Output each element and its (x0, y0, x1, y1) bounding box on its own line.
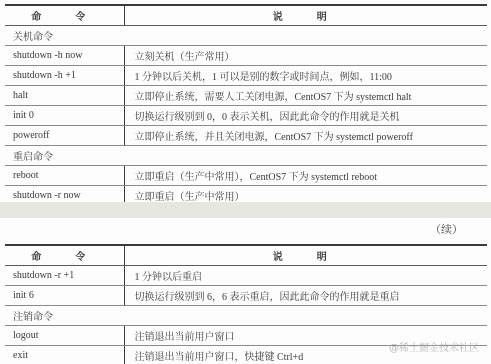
table-row: poweroff 立即停止系统，并且关闭电源，CentOS7 下为 system… (5, 126, 487, 146)
description-cell: 立刻关机（生产常用） (124, 46, 487, 66)
page-section-2: （续） 命 令 说 明 shutdown -r +1 1 分钟以后重启 init… (0, 218, 491, 364)
commands-table-1: 命 令 说 明 关机命令 shutdown -h now 立刻关机（生产常用） … (5, 4, 487, 207)
command-cell: reboot (5, 166, 124, 186)
description-cell: 立即停止系统，并且关闭电源，CentOS7 下为 systemctl power… (124, 126, 487, 146)
table-row: init 0 切换运行级别到 0，0 表示关机，因此此命令的作用就是关机 (5, 106, 487, 126)
table-row: halt 立即停止系统，需要人工关闭电源，CentOS7 下为 systemct… (5, 86, 487, 106)
group-row: 关机命令 (5, 26, 487, 46)
command-cell: halt (5, 86, 124, 106)
table-row: reboot 立即重启（生产中常用），CentOS7 下为 systemctl … (5, 166, 487, 186)
table-row: shutdown -r +1 1 分钟以后重启 (5, 266, 487, 286)
table-row: init 6 切换运行级别到 6，6 表示重启，因此此命令的作用就是重启 (5, 286, 487, 306)
command-cell: exit (5, 346, 124, 364)
description-cell: 立即停止系统，需要人工关闭电源，CentOS7 下为 systemctl hal… (124, 86, 487, 106)
group-row: 注销命令 (5, 306, 487, 326)
command-cell: shutdown -h now (5, 46, 124, 66)
group-title-shutdown: 关机命令 (5, 26, 487, 46)
table-row: shutdown -h now 立刻关机（生产常用） (5, 46, 487, 66)
group-title-logout: 注销命令 (5, 306, 487, 326)
page-section-1: 命 令 说 明 关机命令 shutdown -h now 立刻关机（生产常用） … (0, 0, 491, 202)
continued-label: （续） (430, 221, 463, 237)
command-cell: init 6 (5, 286, 124, 306)
description-cell: 1 分钟以后重启 (124, 266, 487, 286)
table-header-row: 命 令 说 明 (5, 5, 487, 26)
command-cell: poweroff (5, 126, 124, 146)
header-command: 命 令 (5, 245, 124, 266)
description-cell: 切换运行级别到 0，0 表示关机，因此此命令的作用就是关机 (124, 106, 487, 126)
description-cell: 立即重启（生产中常用），CentOS7 下为 systemctl reboot (124, 166, 487, 186)
watermark: @稀土掘金技术社区 (389, 339, 479, 354)
description-cell: 切换运行级别到 6，6 表示重启，因此此命令的作用就是重启 (124, 286, 487, 306)
command-cell: shutdown -r +1 (5, 266, 124, 286)
command-cell: init 0 (5, 106, 124, 126)
group-row: 重启命令 (5, 146, 487, 166)
group-title-reboot: 重启命令 (5, 146, 487, 166)
command-cell: logout (5, 326, 124, 346)
page-gap (0, 202, 491, 218)
table-header-row: 命 令 说 明 (5, 245, 487, 266)
command-cell: shutdown -h +1 (5, 66, 124, 86)
description-cell: 1 分钟以后关机，1 可以是别的数字或时间点，例如，11:00 (124, 66, 487, 86)
header-command: 命 令 (5, 5, 124, 26)
header-description: 说 明 (124, 5, 487, 26)
table-row: shutdown -h +1 1 分钟以后关机，1 可以是别的数字或时间点，例如… (5, 66, 487, 86)
header-description: 说 明 (124, 245, 487, 266)
